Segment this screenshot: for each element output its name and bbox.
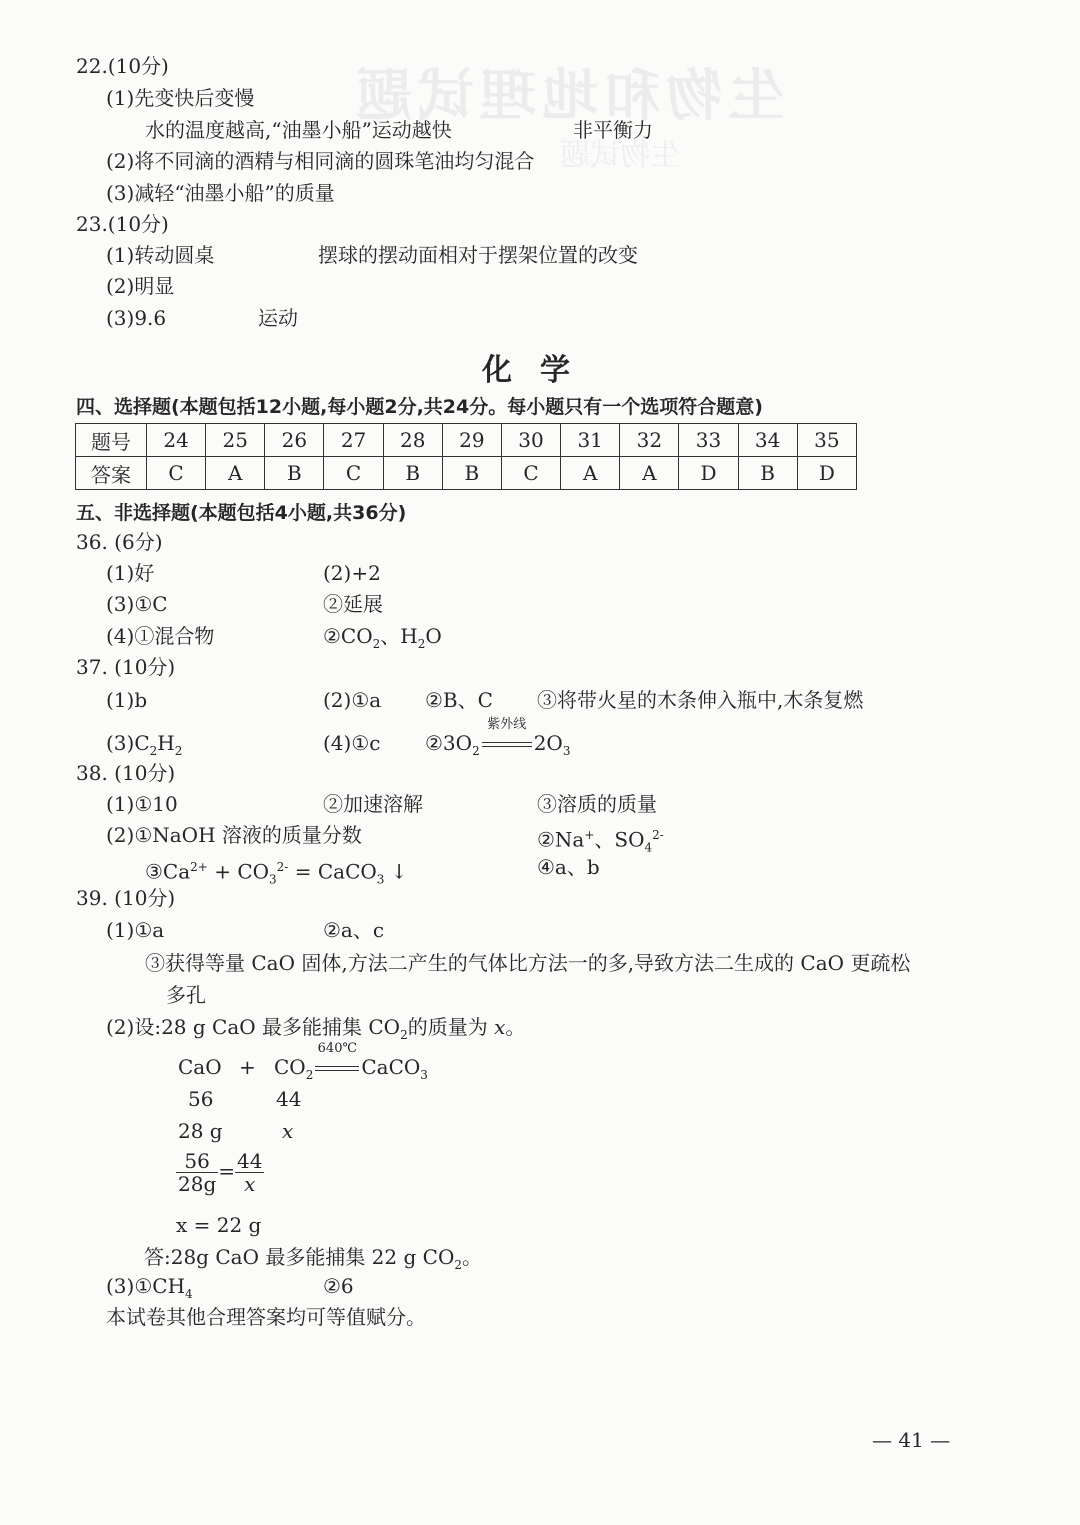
table-row-numbers: 题号 24 25 26 27 28 29 30 31 32 33 34 35: [76, 424, 857, 457]
chemistry-title: 化学: [0, 345, 1080, 389]
q36-part4: (4)①混合物: [106, 624, 214, 648]
q38-part1-c: ③溶质的质量: [537, 792, 657, 816]
q23-part1: (1)转动圆桌: [106, 243, 214, 267]
table-cell: 32: [620, 424, 679, 457]
q23-part2: (2)明显: [106, 274, 174, 298]
q22-part1-c: 非平衡力: [573, 118, 653, 142]
reaction-equals-sign: 640℃: [315, 1066, 359, 1071]
result: x = 22 g: [176, 1213, 261, 1237]
q36-part3-b: ②延展: [323, 592, 383, 616]
mr-co2: 44: [276, 1087, 301, 1111]
eq-cao: CaO: [178, 1055, 222, 1079]
q39-part1-b: ②a、c: [323, 918, 384, 942]
table-cell: 30: [501, 424, 560, 457]
table-cell: 31: [561, 424, 620, 457]
q22-part2: (2)将不同滴的酒精与相同滴的圆珠笔油均匀混合: [106, 149, 534, 173]
table-cell: 27: [324, 424, 383, 457]
table-cell: C: [147, 457, 206, 490]
q38-part2-c: ③Ca2+ + CO32- = CaCO3 ↓: [145, 855, 408, 892]
row-label: 题号: [76, 424, 147, 457]
q23-part1-b: 摆球的摆动面相对于摆架位置的改变: [318, 243, 638, 267]
answer-statement: 答:28g CaO 最多能捕集 22 g CO2。: [144, 1245, 482, 1277]
q39-part1-a: (1)①a: [106, 918, 164, 942]
table-cell: B: [442, 457, 501, 490]
q23-part3: (3)9.6: [106, 306, 166, 330]
fraction-right: 44x: [235, 1150, 264, 1195]
q23-part3-b: 运动: [258, 306, 298, 330]
table-cell: 26: [265, 424, 324, 457]
row-label: 答案: [76, 457, 147, 490]
page-number: — 41 —: [872, 1428, 950, 1452]
q38-part2-a: (2)①NaOH 溶液的质量分数: [106, 823, 362, 847]
q38-header: 38. (10分): [76, 761, 175, 785]
fraction-left: 5628g: [176, 1150, 218, 1195]
q39-header: 39. (10分): [76, 886, 175, 910]
q38-part1-a: (1)①10: [106, 792, 178, 816]
table-cell: C: [324, 457, 383, 490]
q36-part1: (1)好: [106, 561, 154, 585]
q39-part3-b: ②6: [323, 1274, 354, 1298]
eq-co2-to-caco3: CO2640℃CaCO3: [274, 1055, 428, 1087]
table-cell: A: [206, 457, 265, 490]
mr-cao: 56: [188, 1087, 213, 1111]
q37-part1: (1)b: [106, 688, 147, 712]
q39-part3-a: (3)①CH4: [106, 1274, 193, 1306]
eq-plus: +: [239, 1055, 256, 1079]
table-cell: 34: [738, 424, 797, 457]
q36-header: 36. (6分): [76, 530, 163, 554]
q37-part4-a: (4)①c: [323, 731, 380, 755]
section5-heading: 五、非选择题(本题包括4小题,共36分): [76, 498, 406, 525]
q37-part2-b: ②B、C: [425, 688, 493, 712]
q22-part1-b: 水的温度越高,“油墨小船”运动越快: [145, 118, 452, 142]
table-cell: B: [383, 457, 442, 490]
q36-part2: (2)+2: [323, 561, 381, 585]
table-row-answers: 答案 C A B C B B C A A D B D: [76, 457, 857, 490]
answer-table: 题号 24 25 26 27 28 29 30 31 32 33 34 35 答…: [75, 423, 857, 490]
table-cell: 33: [679, 424, 738, 457]
mass-var: x: [282, 1119, 293, 1143]
table-cell: 35: [797, 424, 856, 457]
table-cell: 28: [383, 424, 442, 457]
q36-part4-b: ②CO2、H2O: [323, 624, 442, 656]
table-cell: D: [679, 457, 738, 490]
table-cell: B: [738, 457, 797, 490]
table-cell: C: [501, 457, 560, 490]
q37-part2-c: ③将带火星的木条伸入瓶中,木条复燃: [537, 688, 863, 712]
table-cell: A: [620, 457, 679, 490]
reaction-equals-sign: 紫外线: [482, 742, 532, 747]
proportion: 5628g=44x: [176, 1150, 264, 1195]
section4-heading: 四、选择题(本题包括12小题,每小题2分,共24分。每小题只有一个选项符合题意): [76, 392, 763, 419]
table-cell: A: [561, 457, 620, 490]
q37-part4-equation: ②3O2紫外线2O3: [425, 731, 570, 763]
scoring-note: 本试卷其他合理答案均可等值赋分。: [106, 1305, 426, 1329]
q38-part2-d: ④a、b: [537, 855, 600, 879]
table-cell: B: [265, 457, 324, 490]
table-cell: 25: [206, 424, 265, 457]
table-cell: 24: [147, 424, 206, 457]
q37-part2-a: (2)①a: [323, 688, 381, 712]
q37-part3: (3)C2H2: [106, 731, 182, 763]
q22-part1: (1)先变快后变慢: [106, 86, 254, 110]
q36-part3: (3)①C: [106, 592, 168, 616]
q22-part3: (3)减轻“油墨小船”的质量: [106, 181, 335, 205]
q39-part1-c-cont: 多孔: [166, 983, 206, 1007]
table-cell: 29: [442, 424, 501, 457]
q37-header: 37. (10分): [76, 655, 175, 679]
q39-part1-c: ③获得等量 CaO 固体,方法二产生的气体比方法一的多,导致方法二生成的 CaO…: [145, 951, 910, 975]
q22-header: 22.(10分): [76, 54, 169, 78]
mass-cao: 28 g: [178, 1119, 223, 1143]
table-cell: D: [797, 457, 856, 490]
q38-part1-b: ②加速溶解: [323, 792, 423, 816]
q23-header: 23.(10分): [76, 212, 169, 236]
